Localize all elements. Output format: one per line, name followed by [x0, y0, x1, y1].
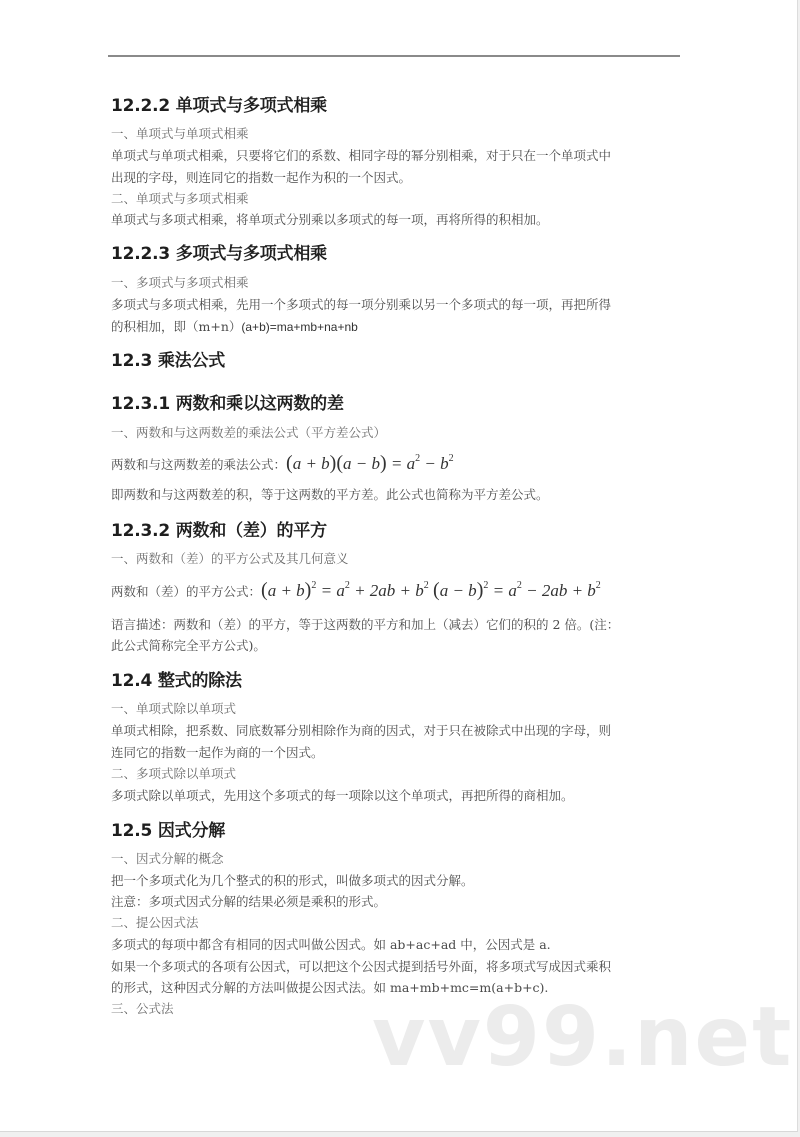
inline-formula: (a+b)=ma+mb+na+nb	[241, 320, 357, 334]
paragraph-line: 此公式简称完全平方公式)。	[111, 636, 266, 654]
document-page: 12.2.2 单项式与多项式相乘 一、单项式与单项式相乘 单项式与单项式相乘，只…	[0, 0, 798, 1132]
paragraph-line: 如果一个多项式的各项有公因式，可以把这个公因式提到括号外面，将多项式写成因式乘积	[111, 957, 611, 975]
section-heading: 12.4 整式的除法	[111, 666, 242, 691]
paragraph-line: 多项式的每项中都含有相同的因式叫做公因式。如 ab+ac+ad 中，公因式是 a…	[111, 935, 551, 953]
section-heading: 12.3 乘法公式	[111, 346, 225, 371]
section-heading: 12.2.3 多项式与多项式相乘	[111, 239, 327, 264]
formula-line: 两数和（差）的平方公式：(a + b)2 = a2 + 2ab + b2 (a …	[111, 579, 601, 602]
header-rule	[108, 55, 680, 57]
section-heading: 12.5 因式分解	[111, 816, 225, 841]
paragraph-line: 注意：多项式因式分解的结果必须是乘积的形式。	[111, 892, 386, 910]
perfect-square-formula: (a + b)2 = a2 + 2ab + b2 (a − b)2 = a2 −…	[261, 581, 601, 600]
watermark: vv99.net	[372, 990, 793, 1085]
formula-label: 两数和（差）的平方公式：	[111, 584, 261, 599]
subsection-label: 三、公式法	[111, 999, 174, 1017]
paragraph-line: 连同它的指数一起作为商的一个因式。	[111, 743, 324, 761]
difference-of-squares-formula: (a + b)(a − b) = a2 − b2	[286, 454, 454, 473]
paragraph-line: 把一个多项式化为几个整式的积的形式，叫做多项式的因式分解。	[111, 871, 474, 889]
section-heading: 12.2.2 单项式与多项式相乘	[111, 91, 327, 116]
subsection-label: 二、单项式与多项式相乘	[111, 189, 249, 207]
paragraph-line: 单项式与多项式相乘，将单项式分别乘以多项式的每一项，再将所得的积相加。	[111, 210, 549, 228]
paragraph-line: 的形式，这种因式分解的方法叫做提公因式法。如 ma+mb+mc=m(a+b+c)…	[111, 978, 548, 996]
paragraph-line: 单项式与单项式相乘，只要将它们的系数、相同字母的幂分别相乘，对于只在一个单项式中	[111, 146, 611, 164]
section-heading: 12.3.1 两数和乘以这两数的差	[111, 389, 344, 414]
subsection-label: 一、多项式与多项式相乘	[111, 273, 249, 291]
subsection-label: 二、多项式除以单项式	[111, 764, 236, 782]
paragraph-line: 多项式除以单项式，先用这个多项式的每一项除以这个单项式，再把所得的商相加。	[111, 786, 574, 804]
subsection-label: 二、提公因式法	[111, 913, 199, 931]
paragraph-line: 即两数和与这两数差的积，等于这两数的平方差。此公式也简称为平方差公式。	[111, 485, 549, 503]
subsection-label: 一、单项式除以单项式	[111, 699, 236, 717]
subsection-label: 一、因式分解的概念	[111, 849, 224, 867]
formula-label: 两数和与这两数差的乘法公式：	[111, 457, 286, 472]
paragraph-line: 语言描述：两数和（差）的平方，等于这两数的平方和加上（减去）它们的积的 2 倍。…	[111, 615, 619, 633]
paragraph-line: 出现的字母，则连同它的指数一起作为积的一个因式。	[111, 168, 411, 186]
section-heading: 12.3.2 两数和（差）的平方	[111, 516, 327, 541]
paragraph-line: 的积相加，即（m+n）(a+b)=ma+mb+na+nb	[111, 317, 358, 335]
paragraph-text: 的积相加，即（m+n）	[111, 319, 241, 334]
subsection-label: 一、单项式与单项式相乘	[111, 124, 249, 142]
formula-line: 两数和与这两数差的乘法公式：(a + b)(a − b) = a2 − b2	[111, 452, 454, 475]
subsection-label: 一、两数和与这两数差的乘法公式（平方差公式）	[111, 423, 386, 441]
paragraph-line: 多项式与多项式相乘，先用一个多项式的每一项分别乘以另一个多项式的每一项，再把所得	[111, 295, 611, 313]
paragraph-line: 单项式相除，把系数、同底数幂分别相除作为商的因式，对于只在被除式中出现的字母，则	[111, 721, 611, 739]
subsection-label: 一、两数和（差）的平方公式及其几何意义	[111, 549, 349, 567]
